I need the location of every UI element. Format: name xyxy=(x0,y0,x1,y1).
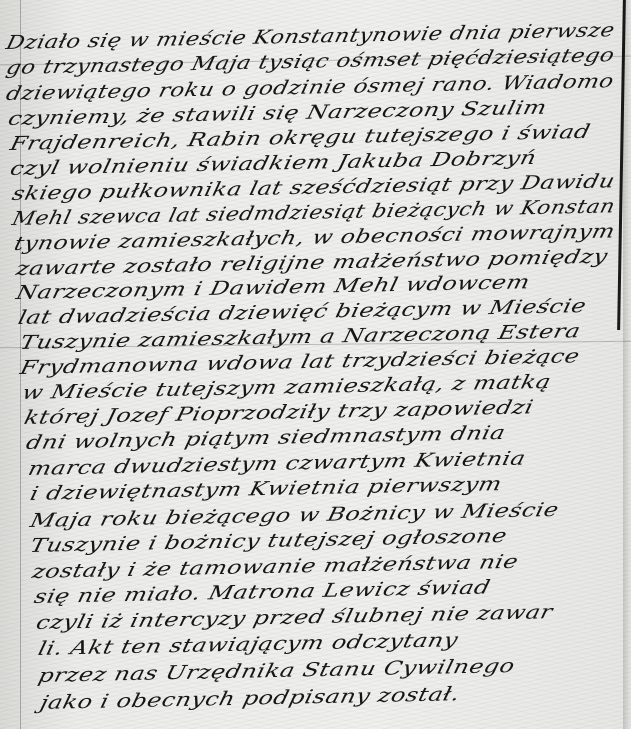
text-line: jako i obecnych podpisany został. xyxy=(38,683,462,714)
scanned-document-page: Działo się w mieście Konstantynowie dnia… xyxy=(0,0,631,729)
text-line: li. Akt ten stawiającym odczytany xyxy=(36,629,460,660)
page-binding-shadow xyxy=(623,0,631,729)
text-line: przez nas Urzędnika Stanu Cywilnego xyxy=(36,655,517,687)
